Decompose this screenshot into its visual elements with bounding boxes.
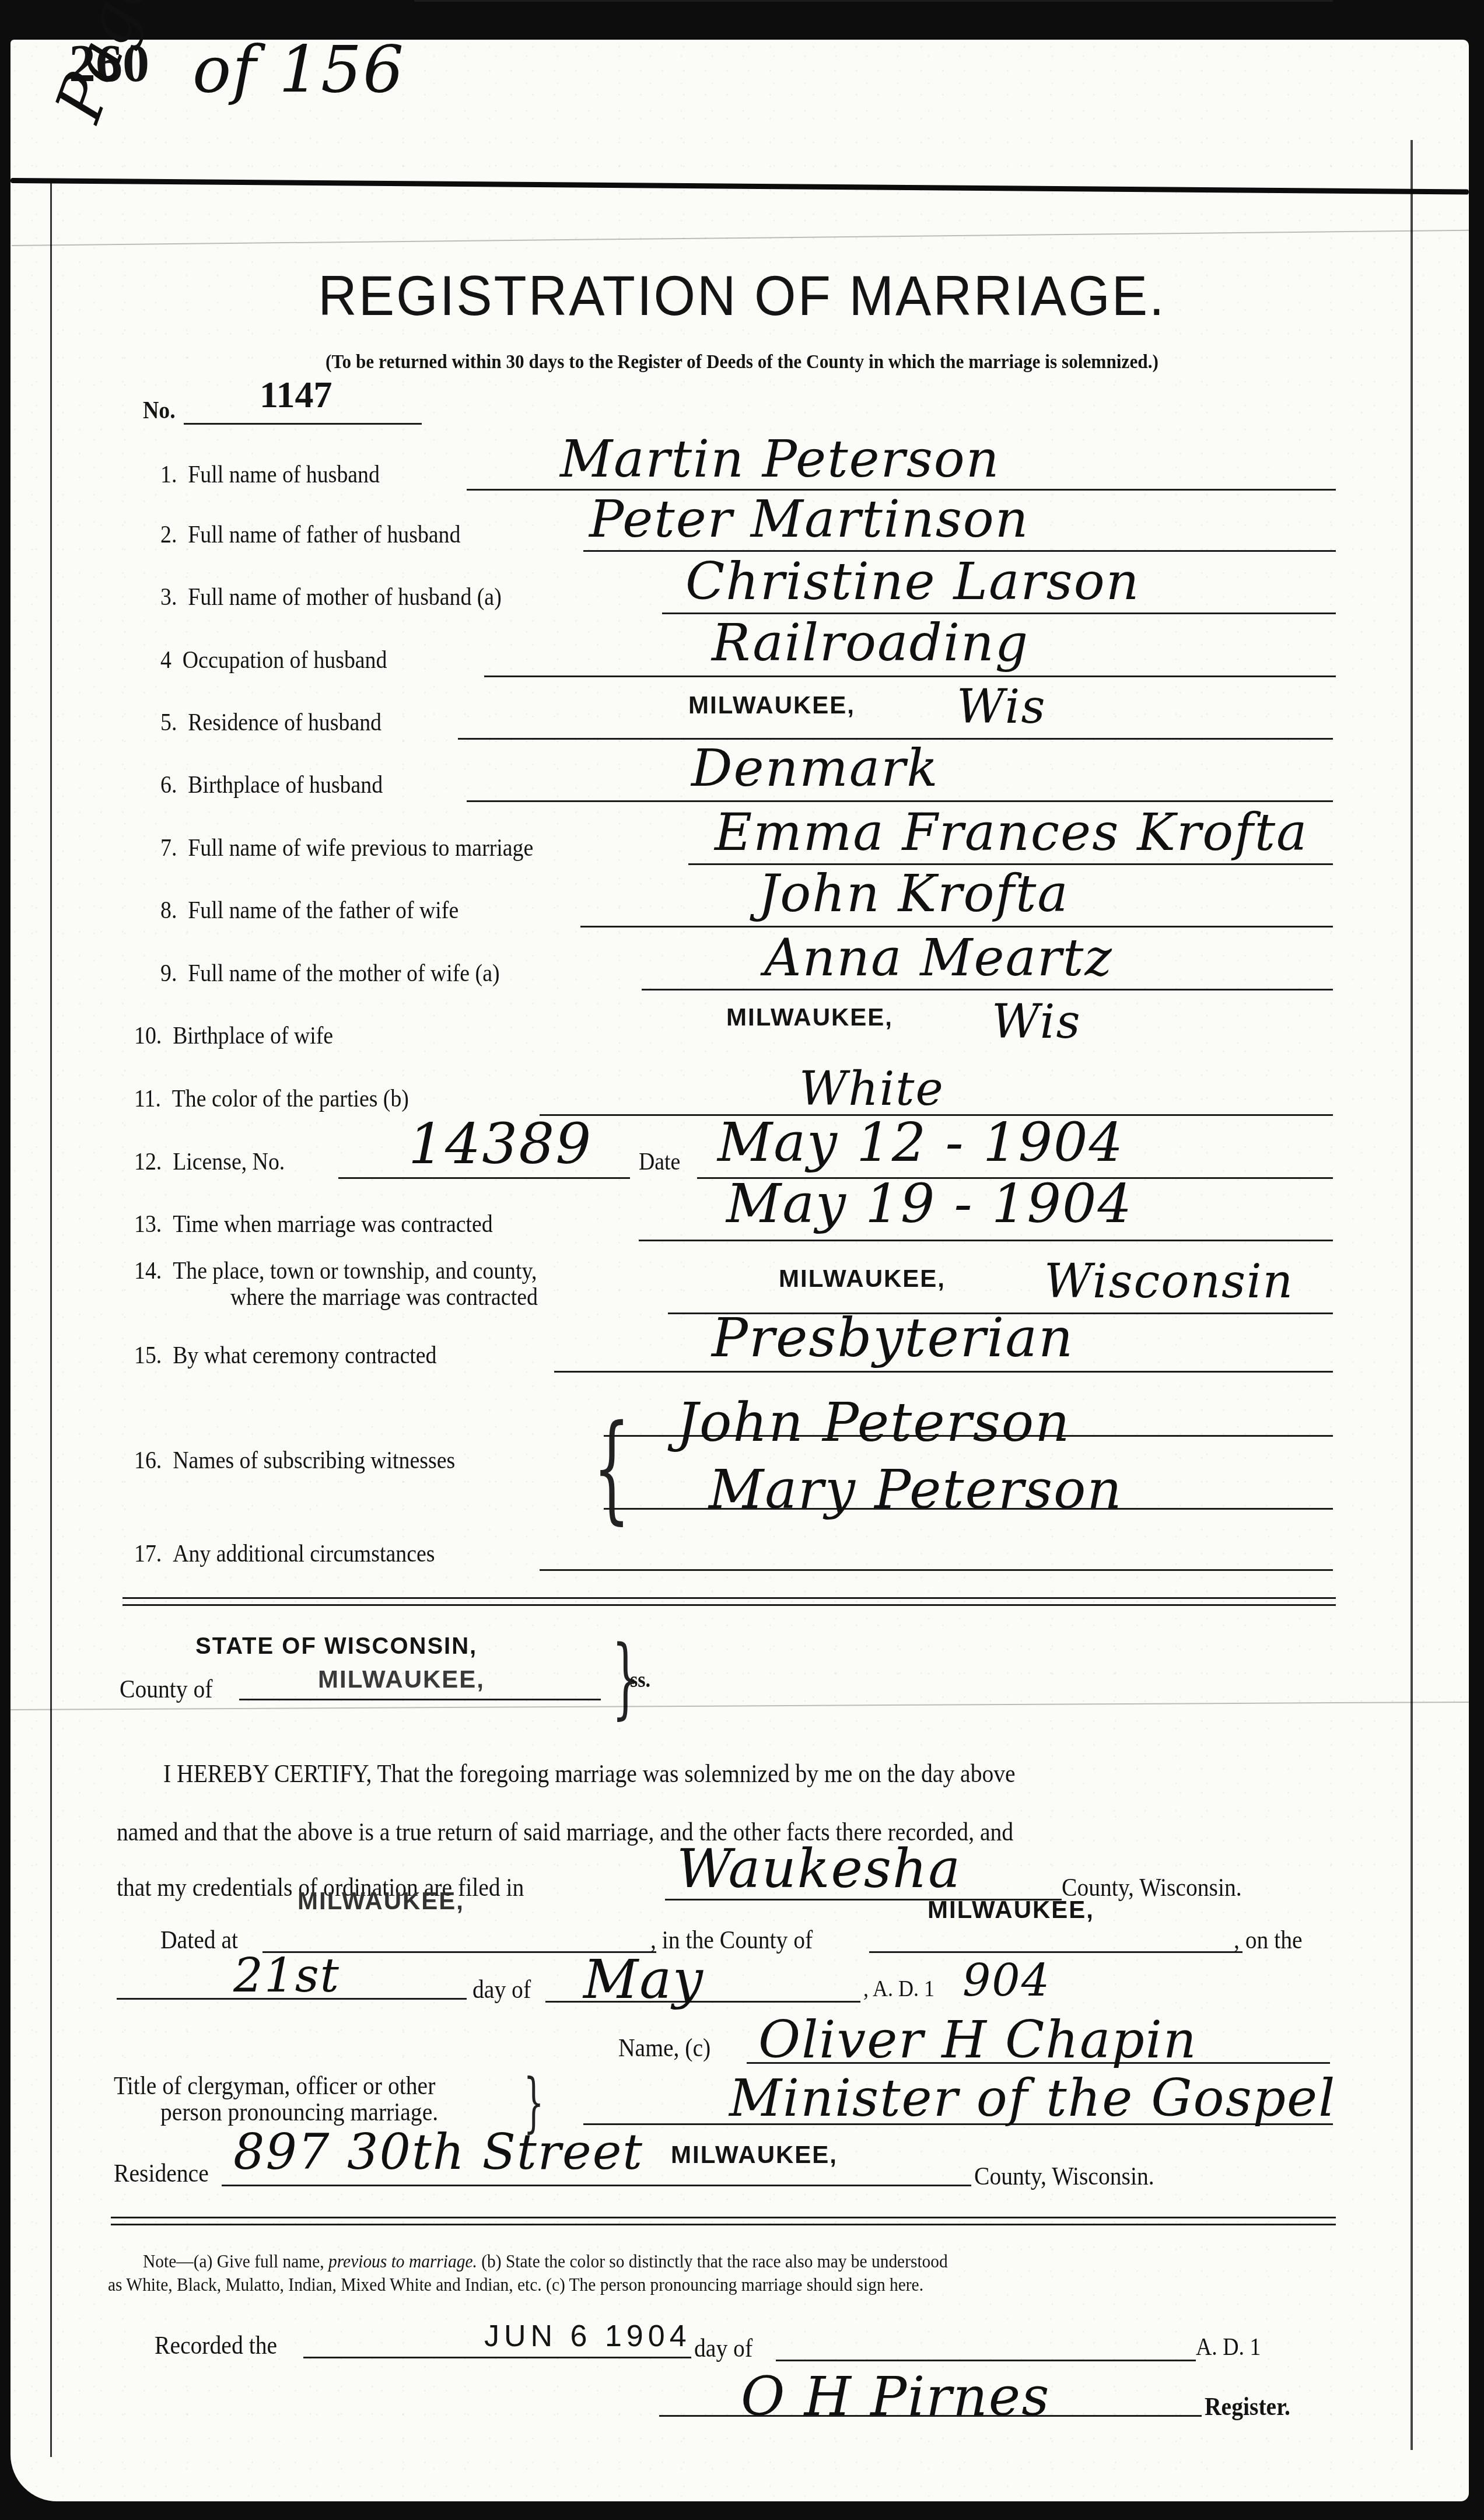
field-label: Full name of wife previous to marriage <box>188 835 533 862</box>
field-number: 7. <box>160 835 177 862</box>
field-label-line2: where the marriage was contracted <box>230 1283 538 1311</box>
recorded-month-line <box>776 2360 1196 2361</box>
field-label: The color of the parties (b) <box>172 1086 409 1112</box>
field-number: 15. <box>134 1342 162 1369</box>
double-rule-top <box>123 1597 1336 1599</box>
husband-residence: Wis <box>957 680 1046 734</box>
residence-label: Residence <box>114 2158 209 2188</box>
field-number: 8. <box>160 897 177 924</box>
wife-birthplace-stamp: MILWAUKEE, <box>726 1003 893 1031</box>
husband-father-name: Peter Martinson <box>589 489 1029 549</box>
ordination-county: Waukesha <box>677 1838 961 1900</box>
in-county-stamp: MILWAUKEE, <box>928 1896 1094 1924</box>
recorded-day-of-label: day of <box>694 2333 752 2363</box>
recorded-date-stamp: JUN 6 1904 <box>484 2319 691 2354</box>
county-stamp: MILWAUKEE, <box>318 1665 485 1693</box>
field-label: Birthplace of husband <box>188 772 383 799</box>
certify-line-1: I HEREBY CERTIFY, That the foregoing mar… <box>163 1759 1016 1788</box>
officiant-title: Minister of the Gospel <box>729 2068 1336 2128</box>
officiant-residence: 897 30th Street <box>233 2123 643 2180</box>
field-line <box>554 1371 1333 1373</box>
title-label-2: person pronouncing marriage. <box>160 2097 438 2127</box>
number-label: No. <box>143 397 176 425</box>
field-number: 9. <box>160 960 177 987</box>
state-label: STATE OF WISCONSIN, <box>195 1633 477 1660</box>
field-label: Residence of husband <box>188 709 381 736</box>
county-line <box>239 1699 601 1700</box>
field-line <box>642 989 1333 991</box>
register-signature: O H Pirnes <box>741 2365 1050 2428</box>
field-label: Names of subscribing witnesses <box>173 1447 455 1474</box>
field-number: 5. <box>160 709 177 736</box>
form-subtitle: (To be returned within 30 days to the Re… <box>60 351 1424 373</box>
note-line-2: as White, Black, Mulatto, Indian, Mixed … <box>108 2274 923 2295</box>
field-number: 13. <box>134 1211 162 1238</box>
residence-stamp: MILWAUKEE, <box>688 691 855 719</box>
wife-father-name: John Krofta <box>758 863 1069 923</box>
double-rule-2-top <box>111 2217 1336 2218</box>
certify-year: 904 <box>963 1954 1051 2006</box>
license-date: May 12 - 1904 <box>717 1111 1124 1174</box>
marriage-date: May 19 - 1904 <box>726 1172 1133 1235</box>
dated-at-stamp: MILWAUKEE, <box>297 1887 464 1915</box>
double-rule-bottom <box>123 1604 1336 1606</box>
husband-name: Martin Peterson <box>560 429 1000 489</box>
wife-mother-name: Anna Meartz <box>764 928 1113 988</box>
ad-label: , A. D. 1 <box>863 1975 935 2002</box>
residence-county-stamp: MILWAUKEE, <box>671 2141 838 2169</box>
field-label: Full name of husband <box>188 461 380 488</box>
note-text: (b) State the color so distinctly that t… <box>477 2250 948 2271</box>
husband-occupation: Railroading <box>712 612 1029 673</box>
field-number: 14. <box>134 1258 162 1284</box>
field-line <box>540 1569 1333 1571</box>
field-label: Full name of mother of husband (a) <box>188 584 501 611</box>
wife-maiden-name: Emma Frances Krofta <box>715 802 1308 862</box>
husband-birthplace: Denmark <box>691 738 939 798</box>
field-number: 16. <box>134 1447 162 1474</box>
name-label: Name, (c) <box>618 2033 710 2063</box>
marriage-place: Wisconsin <box>1044 1254 1294 1308</box>
field-label: By what ceremony contracted <box>173 1342 436 1369</box>
field-label: License, No. <box>173 1149 285 1175</box>
in-county-line <box>869 1951 1242 1953</box>
certify-month: May <box>583 1948 704 2011</box>
place-stamp: MILWAUKEE, <box>779 1265 946 1293</box>
field-label: Any additional circumstances <box>173 1541 435 1567</box>
recorded-label: Recorded the <box>155 2330 277 2360</box>
title-label-1: Title of clergyman, officer or other <box>114 2071 435 2101</box>
license-number: 14389 <box>408 1111 592 1177</box>
certify-day: 21st <box>233 1948 340 2003</box>
ss-label: ss. <box>630 1667 650 1693</box>
field-number: 3. <box>160 584 177 611</box>
field-line <box>414 0 1333 2</box>
field-number: 1. <box>160 461 177 488</box>
recorded-ad-label: A. D. 1 <box>1196 2333 1261 2361</box>
field-number: 12. <box>134 1149 162 1175</box>
field-number: 4 <box>160 647 171 674</box>
field-label: Occupation of husband <box>183 647 387 674</box>
field-number: 17. <box>134 1541 162 1567</box>
field-label: Full name of the mother of wife (a) <box>188 960 499 987</box>
officiant-name: Oliver H Chapin <box>758 2010 1198 2070</box>
ceremony-type: Presbyterian <box>712 1307 1074 1369</box>
county-label: County of <box>120 1674 213 1704</box>
register-label: Register. <box>1205 2392 1290 2421</box>
note-line-1: Note—(a) Give full name, previous to mar… <box>143 2250 948 2272</box>
double-rule-2-bottom <box>111 2224 1336 2225</box>
field-number: 2. <box>160 521 177 548</box>
field-number: 6. <box>160 772 177 799</box>
recorded-line <box>303 2357 691 2358</box>
field-line <box>639 1240 1333 1241</box>
form-title: REGISTRATION OF MARRIAGE. <box>0 264 1484 328</box>
field-label: Time when marriage was contracted <box>173 1211 493 1238</box>
witness-2: Mary Peterson <box>709 1458 1123 1521</box>
dated-at-label: Dated at <box>160 1925 238 1955</box>
field-label: Birthplace of wife <box>173 1023 333 1049</box>
residence-line <box>222 2185 971 2186</box>
frame-border-left <box>50 182 52 2457</box>
license-line <box>338 1177 630 1179</box>
field-label: Full name of the father of wife <box>188 897 459 924</box>
note-italic: previous to marriage. <box>328 2250 477 2271</box>
husband-mother-name: Christine Larson <box>685 551 1140 611</box>
field-line <box>484 675 1336 677</box>
note-text: Note—(a) Give full name, <box>143 2250 328 2271</box>
witness-1: John Peterson <box>677 1391 1070 1454</box>
on-the-label: , on the <box>1234 1925 1303 1955</box>
residence-suffix: County, Wisconsin. <box>974 2161 1154 2191</box>
witness-brace: { <box>593 1400 631 1536</box>
frame-border-right <box>1410 140 1413 2450</box>
registration-number: 1147 <box>260 373 332 416</box>
field-number: 11. <box>134 1086 161 1112</box>
field-label: Full name of father of husband <box>188 521 460 548</box>
wife-birthplace: Wis <box>992 995 1081 1049</box>
field-number: 10. <box>134 1023 162 1049</box>
date-label: Date <box>639 1148 680 1176</box>
page-annotation-of: of 156 <box>192 32 405 107</box>
day-of-label: day of <box>473 1975 531 2004</box>
color-of-parties: White <box>799 1062 944 1116</box>
number-underline <box>184 423 422 425</box>
field-label: The place, town or township, and county, <box>173 1258 537 1284</box>
